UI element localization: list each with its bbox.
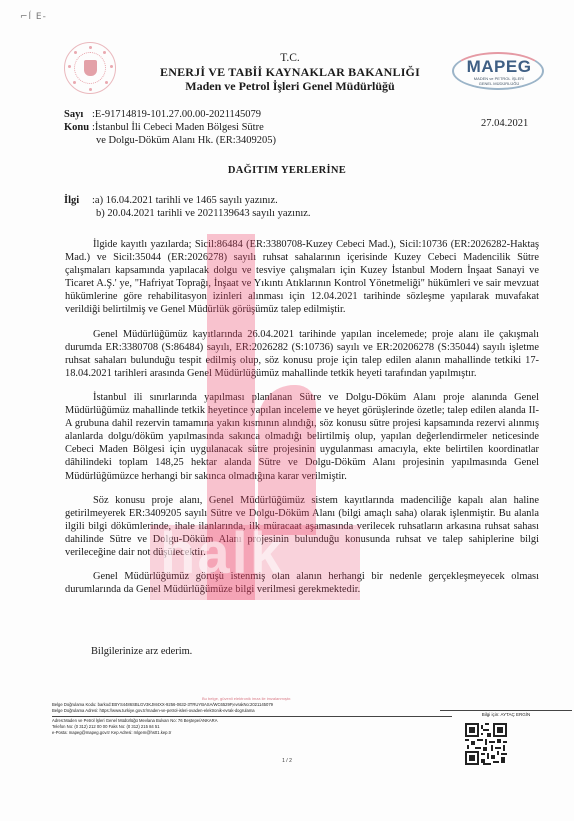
ilgi-a: :a) 16.04.2021 tarihli ve 1465 sayılı ya… [92,195,278,206]
sayi-value: :E-91714819-101.27.00.00-2021145079 [92,109,261,120]
footer-divider [52,716,452,717]
handwritten-note: ⌐ĺ E- [20,12,47,22]
mapeg-logo-icon: MAPEG MADEN ve PETROL İŞLERİ GENEL MÜDÜR… [452,52,546,92]
watermark-logo-arch [258,385,316,535]
info-person: Bilgi için: AYTAÇ ERGİN [440,710,572,717]
konu-line2: ve Dolgu-Döküm Alanı Hk. (ER:3409205) [64,134,276,147]
footer-email: e-Posta: mapeg@mapeg.gov.tr Kep Adresi: … [52,730,432,736]
watermark-text: halk [160,520,284,587]
republic-label: T.C. [140,52,440,65]
ilgi-b: b) 20.04.2021 tarihli ve 2021139643 sayı… [64,207,311,220]
verify-address[interactable]: Belge Doğrulama Adresi: https://www.turk… [52,708,432,714]
paragraph: İlgide kayıtlı yazılarda; Sicil:86484 (E… [65,238,539,317]
distribution-heading: DAĞITIM YERLERİNE [0,165,574,176]
ilgi-block: İlgi:a) 16.04.2021 tarihli ve 1465 sayıl… [64,194,311,220]
letterhead: T.C. ENERJİ VE TABİİ KAYNAKLAR BAKANLIĞI… [140,52,440,93]
paragraph: Genel Müdürlüğümüz kayıtlarında 26.04.20… [65,328,539,380]
sayi-label: Sayı [64,108,92,121]
document-page: ⌐ĺ E- T.C. ENERJİ VE TABİİ KAYNAKLAR BAK… [0,0,574,821]
ministry-name: ENERJİ VE TABİİ KAYNAKLAR BAKANLIĞI [140,65,440,79]
closing-line: Bilgilerinize arz ederim. [91,646,192,657]
document-footer: Bu belge, güvenli elektronik imza ile im… [52,702,432,736]
reference-block: Sayı:E-91714819-101.27.00.00-2021145079 … [64,108,276,147]
mapeg-logo-text: MAPEG [462,57,536,77]
konu-line1: :İstanbul İli Cebeci Maden Bölgesi Sütre [92,122,264,133]
e-signature-note: Bu belge, güvenli elektronik imza ile im… [202,696,291,702]
konu-label: Konu [64,121,92,134]
mapeg-logo-subtext: MADEN ve PETROL İŞLERİ GENEL MÜDÜRLÜĞÜ [470,76,528,86]
document-date: 27.04.2021 [481,118,528,129]
page-number: 1 / 2 [0,758,574,764]
ministry-emblem-icon [64,42,116,94]
ilgi-label: İlgi [64,194,92,207]
directorate-name: Maden ve Petrol İşleri Genel Müdürlüğü [140,79,440,93]
